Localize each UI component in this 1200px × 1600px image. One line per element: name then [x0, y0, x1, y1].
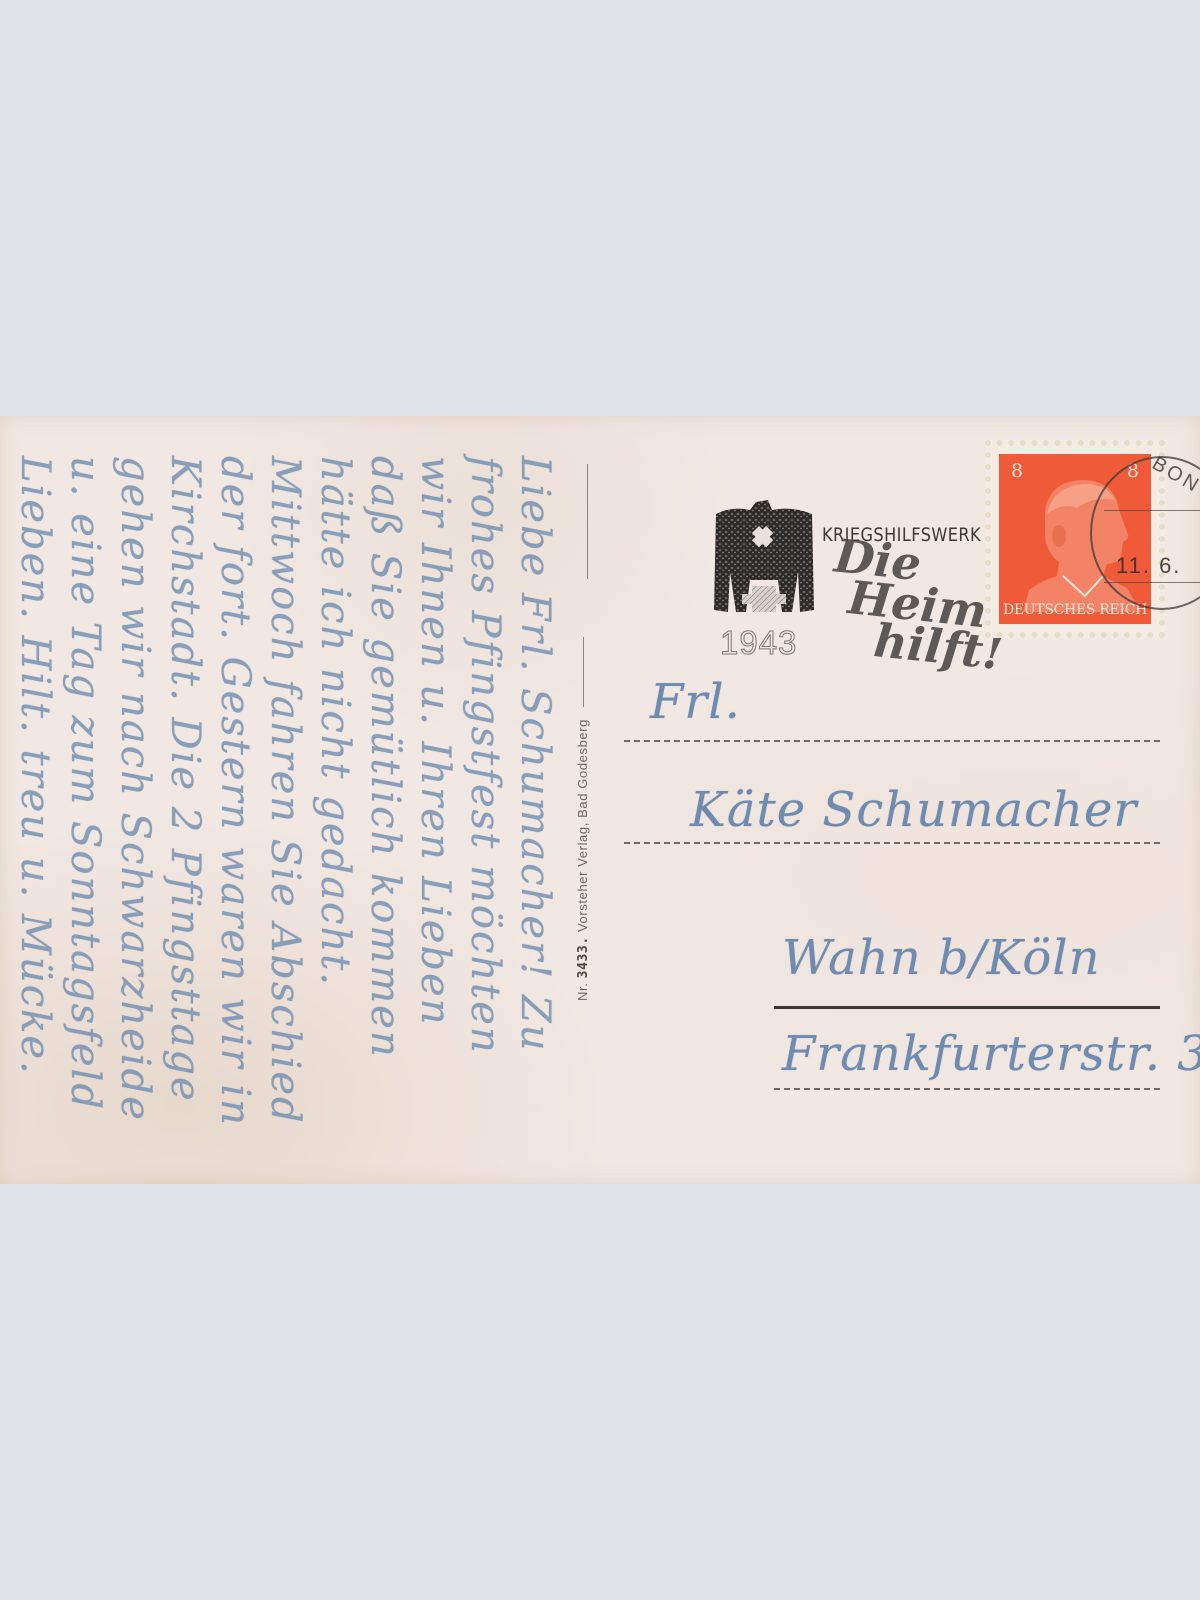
message-line: wir Ihnen u. Ihren Lieben [410, 456, 460, 1176]
address-line [624, 842, 1160, 844]
address-line [774, 1088, 1160, 1090]
message-line: gehen wir nach Schwarzheide [110, 456, 160, 1176]
divider-rule [583, 637, 584, 707]
address-line-underline [774, 1006, 1160, 1009]
address-city: Wahn b/Köln [782, 930, 1101, 986]
message-line: hätte ich nicht gedacht. [310, 456, 360, 1176]
message-line: daß Sie gemütlich kommen [360, 456, 410, 1176]
postmark-band [1104, 510, 1200, 511]
stamp-value-left: 8 [1011, 460, 1023, 482]
postmark-band [1104, 582, 1200, 583]
publisher-name: Vorsteher Verlag, Bad Godesberg [575, 719, 590, 932]
message-line: frohes Pfingstfest möchten [460, 456, 510, 1176]
postmark-date: 11. 6. [1116, 553, 1181, 579]
message-line: Lieben. Hilt. treu u. Mücke. [10, 456, 60, 1176]
slogan-cancellation: 1943 KRIEGSHILFSWERK Die Heimat hilft! [710, 476, 1010, 666]
address-line [624, 740, 1160, 742]
publisher-number: 3433. [576, 936, 591, 978]
message-line: Mittwoch fahren Sie Abschied [260, 456, 310, 1176]
message-line: Liebe Frl. Schumacher! Zu [510, 456, 560, 1176]
message-area: Liebe Frl. Schumacher! Zufrohes Pfingstf… [0, 416, 580, 1184]
address-street: Frankfurterstr. 38. [782, 1026, 1200, 1082]
eagle-cross-emblem-icon [712, 500, 816, 620]
message-line: u. eine Tag zum Sonntagsfeld [60, 456, 110, 1176]
stamp-country: DEUTSCHES REICH [999, 602, 1151, 618]
publisher-prefix: Nr. [575, 983, 590, 1001]
message-line: der fort. Gestern waren wir in [210, 456, 260, 1176]
publisher-imprint: Nr. 3433. Vorsteher Verlag, Bad Godesber… [575, 561, 591, 1001]
handwritten-message: Liebe Frl. Schumacher! Zufrohes Pfingstf… [10, 456, 560, 1176]
address-salutation: Frl. [650, 674, 741, 730]
address-name: Käte Schumacher [690, 782, 1137, 838]
cancellation-year: 1943 [720, 624, 797, 662]
postcard: Liebe Frl. Schumacher! Zufrohes Pfingstf… [0, 416, 1200, 1184]
message-line: Kirchstadt. Die 2 Pfingsttage [160, 456, 210, 1176]
